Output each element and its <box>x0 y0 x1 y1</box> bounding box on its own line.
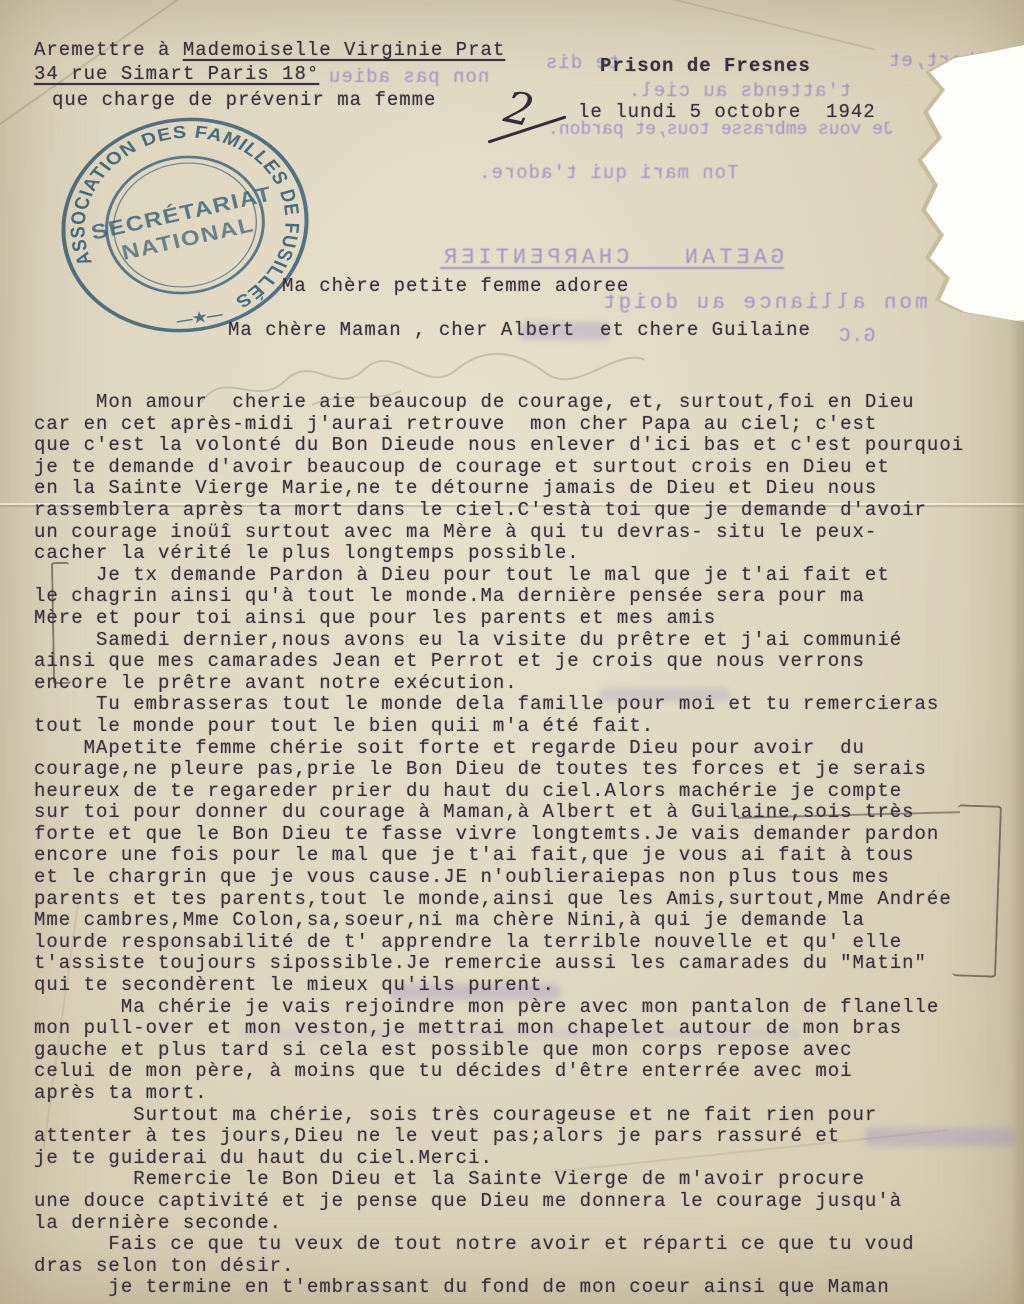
letter-line: encore une fois pour le mal que je t'ai … <box>34 845 998 867</box>
letter-line: rassemblera après ta mort dans le ciel.C… <box>34 500 998 522</box>
letter-line: Remercie le Bon Dieu et la Sainte Vierge… <box>34 1169 998 1191</box>
ghost-text-gc: G.C <box>838 325 875 347</box>
letter-line: je te demande d'avoir beaucoup de courag… <box>34 457 998 479</box>
letter-line: cacher la vérité le plus longtemps possi… <box>34 543 998 565</box>
address-line: 34 rue Simart Paris 18° <box>34 64 319 86</box>
letter-line: après ta mort. <box>34 1083 998 1105</box>
salutation-wife: Ma chère petite femme adoree <box>282 276 629 298</box>
page-edge-shade <box>1010 320 1024 1304</box>
remit-line: Aremettre à Mademoiselle Virginie Prat <box>34 40 505 62</box>
salutation-family: Ma chère Maman , cher Albert et chere Gu… <box>228 320 811 342</box>
letter-line: car en cet après-midi j'aurai retrouve m… <box>34 414 998 436</box>
letter-line: dras selon ton désir. <box>34 1256 998 1278</box>
letter-line: Tu embrasseras tout le monde dela famill… <box>34 694 998 716</box>
letter-line: Mme cambres,Mme Colon,sa,soeur,ni ma chè… <box>34 910 998 932</box>
letter-line: celui de mon père, à moins que tu décide… <box>34 1061 998 1083</box>
letter-line: une douce captivité et je pense que Dieu… <box>34 1191 998 1213</box>
letter-line: Mère et pour toi ainsi que pour les pare… <box>34 608 998 630</box>
letter-line: parents et tes parents,tout le monde,ain… <box>34 889 998 911</box>
association-stamp: ASSOCIATION DES FAMILLES DE FUSILLÉS SEC… <box>38 93 332 357</box>
letter-line: un courage inoüî surtout avec ma Mère à … <box>34 522 998 544</box>
letter-line: mon pull-over et mon veston,je mettrai m… <box>34 1018 998 1040</box>
letter-line: forte et que le Bon Dieu te fasse vivre … <box>34 824 998 846</box>
letter-line: gauche et plus tard si cela est possible… <box>34 1040 998 1062</box>
letter-line: Je tx demande Pardon à Dieu pour tout le… <box>34 565 998 587</box>
letter-line: attenter à tes jours,Dieu ne le veut pas… <box>34 1126 998 1148</box>
ghost-text-non-pas-adieu: non pas adieu <box>328 66 489 88</box>
letter-line: en la Sainte Vierge Marie,ne te détourne… <box>34 478 998 500</box>
letter-line: Surtout ma chérie, sois très courageuse … <box>34 1105 998 1127</box>
letter-body: Mon amour cherie aie beaucoup de courage… <box>34 392 998 1299</box>
letter-line: la dernière seconde. <box>34 1213 998 1235</box>
letter-line: le chagrin ainsi qu'à tout le monde.Ma d… <box>34 586 998 608</box>
letter-line: je te guiderai du haut du ciel.Merci. <box>34 1148 998 1170</box>
date-line: le lundi 5 octobre 1942 <box>578 102 876 124</box>
letter-line: ainsi que mes camarades Jean et Perrot e… <box>34 651 998 673</box>
letter-line: qui te secondèrent le mieux qu'ils puren… <box>34 975 998 997</box>
letter-line: Samedi dernier,nous avons eu la visite d… <box>34 630 998 652</box>
letter-line: Fais ce que tu veux de tout notre avoir … <box>34 1234 998 1256</box>
letter-line: et le chargrin que je vous cause.JE n'ou… <box>34 867 998 889</box>
ghost-text-attends-ciel: t'attends au ciel. <box>628 80 851 102</box>
ghost-text-gaetan-charpentier: GAETAN CHARPENTIER <box>440 245 784 270</box>
letter-line: courage,ne pleure pas,prie le Bon Dieu d… <box>34 759 998 781</box>
letter-line: tout le monde pour tout le bien quii m'a… <box>34 716 998 738</box>
letter-line: heureux de te regareder prier du haut du… <box>34 781 998 803</box>
letter-line: Ma chérie je vais rejoindre mon père ave… <box>34 997 998 1019</box>
letter-line: MApetite femme chérie soit forte et rega… <box>34 738 998 760</box>
torn-paper-gap <box>880 30 1024 330</box>
crease-line <box>565 0 876 51</box>
letter-page: Albert,et te dis non pas adieu t'attends… <box>0 0 1024 1304</box>
remit-prefix: Aremettre à <box>34 39 183 61</box>
letter-line: je termine en t'embrassant du fond de mo… <box>34 1277 998 1299</box>
letter-line: que c'est la volonté du Bon Dieude nous … <box>34 435 998 457</box>
letter-line: t'assiste toujours sipossible.Je remerci… <box>34 953 998 975</box>
letter-line: encore le prêtre avant notre exécution. <box>34 673 998 695</box>
letter-line: sur toi pour donner du courage à Maman,à… <box>34 802 998 824</box>
place-line: Prison de Fresnes <box>600 56 811 78</box>
ghost-text-alliance: rve mon alliance au doigt <box>600 292 990 315</box>
ghost-text-ton-mari: Ton mari qui t'adore. <box>478 162 738 184</box>
remit-name: Mademoiselle Virginie Prat <box>183 39 505 61</box>
letter-line: Mon amour cherie aie beaucoup de courage… <box>34 392 998 414</box>
letter-line: lourde responsabilité de t' apprendre la… <box>34 932 998 954</box>
